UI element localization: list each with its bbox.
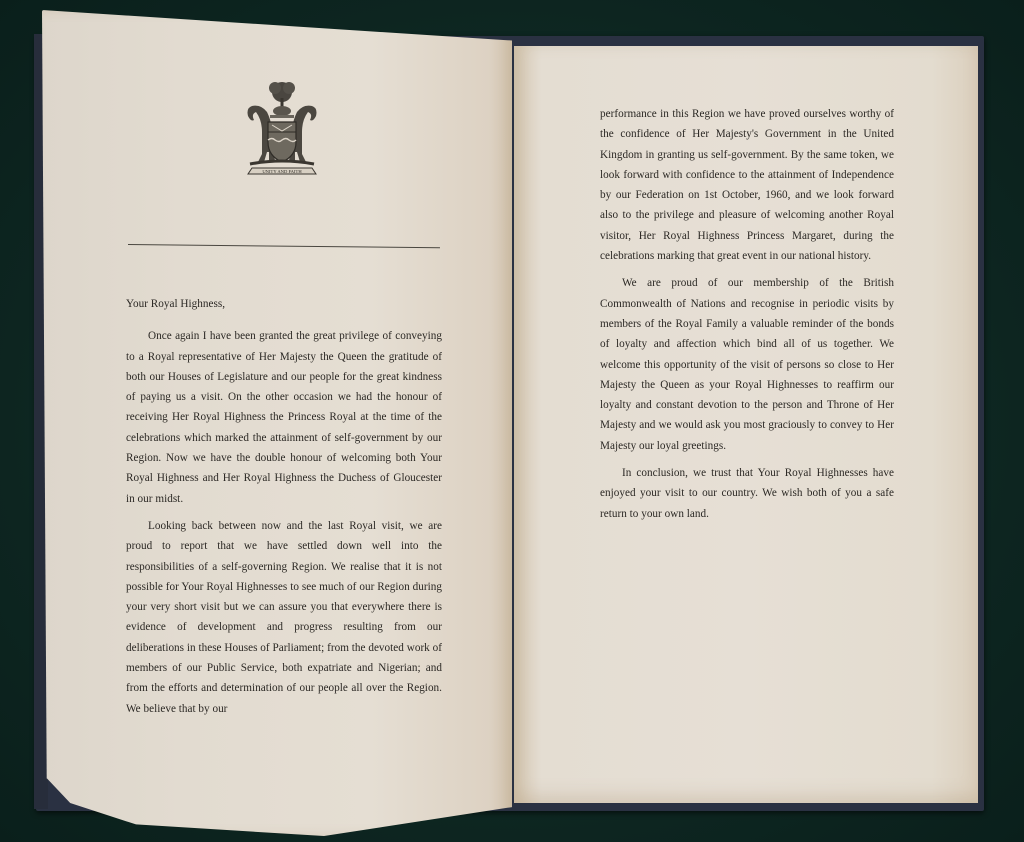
paragraph: In conclusion, we trust that Your Royal … xyxy=(600,463,894,524)
right-page: performance in this Region we have prove… xyxy=(514,46,978,803)
left-page: UNITY AND FAITH Your Royal Highness, Onc… xyxy=(42,10,512,836)
coat-of-arms-icon: UNITY AND FAITH xyxy=(232,78,332,182)
salutation: Your Royal Highness, xyxy=(126,294,442,314)
emblem-motto: UNITY AND FAITH xyxy=(262,169,302,174)
paragraph: Once again I have been granted the great… xyxy=(126,326,442,509)
letter-text-right: performance in this Region we have prove… xyxy=(600,104,894,531)
paragraph: Looking back between now and the last Ro… xyxy=(126,516,442,719)
letter-text-left: Your Royal Highness, Once again I have b… xyxy=(126,294,442,726)
paragraph: We are proud of our membership of the Br… xyxy=(600,273,894,456)
paragraph: performance in this Region we have prove… xyxy=(600,104,894,266)
divider-line xyxy=(128,244,440,248)
